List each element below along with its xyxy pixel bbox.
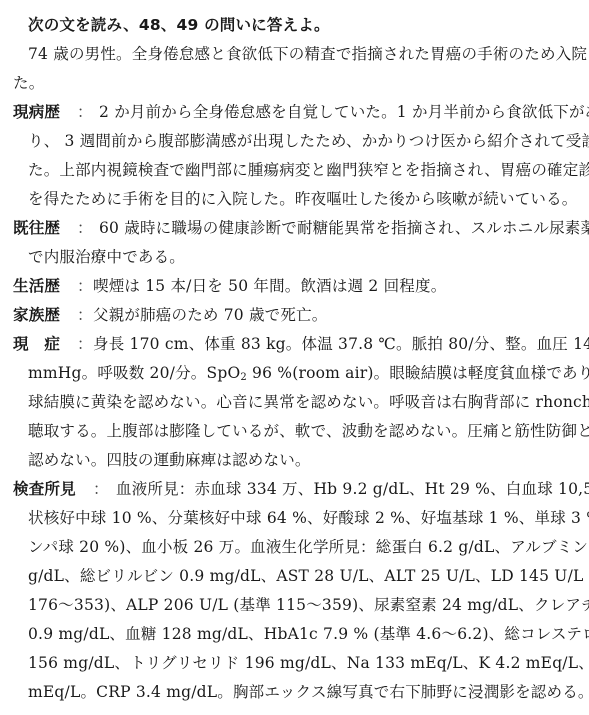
section-colon: ： [77, 301, 93, 330]
spo2-label: mmHg。呼吸数 20/分。SpO [28, 364, 240, 382]
section-text: 176～353)、ALP 206 U/L (基準 115～359)、尿素窒素 2… [28, 591, 589, 620]
section-text: で内服治療中である。 [28, 243, 185, 272]
spo2-value-text: 96 %(room air)。眼瞼結膜は軽度貧血様であり、眼 [247, 364, 589, 382]
section-text: 父親が肺癌のため 70 歳で死亡。 [93, 301, 327, 330]
case-text: 74 歳の男性。全身倦怠感と食欲低下の精査で指摘された胃癌の手術のため入院し [28, 40, 589, 69]
section-text: 状核好中球 10 %、分葉核好中球 64 %、好酸球 2 %、好塩基球 1 %、… [28, 504, 589, 533]
section-text: 喫煙は 15 本/日を 50 年間。飲酒は週 2 回程度。 [93, 272, 446, 301]
section-label: 生活歴 [13, 272, 60, 301]
section-text: 認めない。四肢の運動麻痺は認めない。 [28, 446, 311, 475]
section-label: 家族歴 [13, 301, 60, 330]
exam-question-document: 次の文を読み、48、49 の問いに答えよ。 74 歳の男性。全身倦怠感と食欲低下… [0, 0, 589, 715]
section-text: 聴取する。上腹部は膨隆しているが、軟で、波動を認めない。圧痛と筋性防御とを [28, 417, 589, 446]
section-text: 60 歳時に職場の健康診断で耐糖能異常を指摘され、スルホニル尿素薬 [99, 214, 589, 243]
section-text: を得たために手術を目的に入院した。昨夜嘔吐した後から咳嗽が続いている。 [28, 185, 578, 214]
section-text: mEq/L。CRP 3.4 mg/dL。胸部エックス線写真で右下肺野に浸潤影を認… [28, 678, 589, 707]
section-text: た。上部内視鏡検査で幽門部に腫瘍病変と幽門狭窄とを指摘され、胃癌の確定診断 [28, 156, 589, 185]
section-colon: ： [77, 98, 93, 127]
section-colon: ： [77, 272, 93, 301]
section-colon: ： [77, 214, 93, 243]
case-text: た。 [13, 69, 44, 98]
section-label: 既往歴 [13, 214, 60, 243]
section-text: g/dL、総ビリルビン 0.9 mg/dL、AST 28 U/L、ALT 25 … [28, 562, 589, 591]
section-text: り、 3 週間前から腹部膨満感が出現したため、かかりつけ医から紹介されて受診し [28, 127, 589, 156]
section-text: 球結膜に黄染を認めない。心音に異常を認めない。呼吸音は右胸背部に rhonchi… [28, 388, 589, 417]
section-colon: ： [93, 475, 109, 504]
section-label: 現病歴 [13, 98, 60, 127]
section-label: 検査所見 [13, 475, 76, 504]
section-text: 血液所見：赤血球 334 万、Hb 9.2 g/dL、Ht 29 %、白血球 1… [116, 475, 589, 504]
section-text: 身長 170 cm、体重 83 kg。体温 37.8 ℃。脈拍 80/分、整。血… [93, 330, 589, 359]
section-text: 0.9 mg/dL、血糖 128 mg/dL、HbA1c 7.9 % (基準 4… [28, 620, 589, 649]
question-intro-text: 次の文を読み、48、49 の問いに答えよ。 [28, 11, 330, 40]
section-text: 156 mg/dL、トリグリセリド 196 mg/dL、Na 133 mEq/L… [28, 649, 589, 678]
section-text: ンパ球 20 %)、血小板 26 万。血液生化学所見：総蛋白 6.2 g/dL、… [28, 533, 589, 562]
section-label: 現 症 [13, 330, 60, 359]
section-text: 2 か月前から全身倦怠感を自覚していた。1 か月半前から食欲低下があ [99, 98, 589, 127]
section-colon: ： [77, 330, 93, 359]
